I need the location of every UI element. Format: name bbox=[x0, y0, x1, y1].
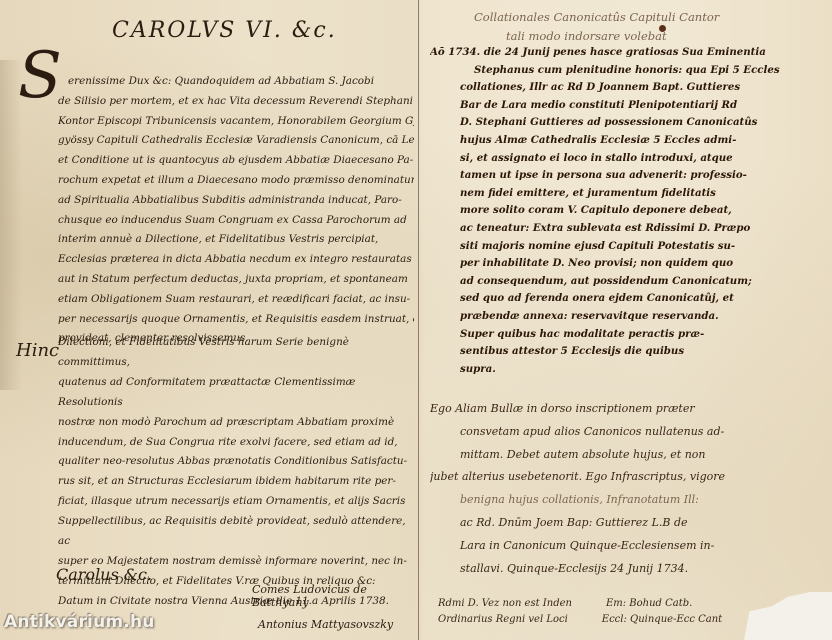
text-line: more solito coram V. Capitulo deponere d… bbox=[430, 202, 830, 220]
text-line: per inhabilitate D. Neo provisi; non qui… bbox=[430, 255, 830, 273]
text-line: interim annuè a Dilectione, et Fidelitat… bbox=[58, 230, 414, 250]
text-line: D. Stephani Guttieres ad possessionem Ca… bbox=[430, 114, 830, 132]
text-line: per necessarijs quoque Ornamentis, et Re… bbox=[58, 310, 414, 330]
text-line: Em: Bohud Catb. bbox=[606, 596, 692, 612]
text-line: ad Spiritualia Abbatialibus Subditis adm… bbox=[58, 191, 414, 211]
text-line: Aō 1734. die 24 Junij penes hasce gratio… bbox=[430, 44, 830, 62]
installation-addendum: Ego Aliam Bullæ in dorso inscriptionem p… bbox=[430, 398, 830, 580]
text-line: rus sit, et an Structuras Ecclesiarum ib… bbox=[58, 472, 414, 492]
text-line: jubet alterius usebetenorit. Ego Infrasc… bbox=[430, 466, 830, 489]
royal-signature: Carolus &c. bbox=[56, 565, 152, 584]
paragraph-initial-hinc: Hinc bbox=[16, 340, 59, 361]
chancellor-signature: Comes Ludovicus de Batthyany bbox=[252, 583, 418, 609]
text-line: Kontor Episcopi Tribunicensis vacantem, … bbox=[58, 112, 414, 132]
text-line: Lara in Canonicum Quinque-Ecclesiensem i… bbox=[430, 535, 830, 558]
text-line: gyössy Capituli Cathedralis Ecclesiæ Var… bbox=[58, 131, 414, 151]
text-line: benigna hujus collationis, Infranotatum … bbox=[430, 489, 830, 512]
text-line: Ordinarius Regni vel Loci bbox=[438, 612, 568, 628]
text-line: hujus Almæ Cathedralis Ecclesiæ 5 Eccles… bbox=[430, 132, 830, 150]
secretary-signature: Antonius Mattyasovszky bbox=[258, 618, 393, 631]
installation-record: Aō 1734. die 24 Junij penes hasce gratio… bbox=[430, 44, 830, 378]
text-line: erenissime Dux &c: Quandoquidem ad Abbat… bbox=[58, 72, 414, 92]
ink-blot bbox=[659, 25, 666, 32]
text-line: et Conditione ut is quantocyus ab ejusde… bbox=[58, 151, 414, 171]
text-line: ad consequendum, aut possidendum Canonic… bbox=[430, 273, 830, 291]
text-line: rochum expetat et illum a Diaecesano mod… bbox=[58, 171, 414, 191]
text-line: Stephanus cum plenitudine honoris: qua E… bbox=[430, 62, 830, 80]
text-line: collationes, Illr ac Rd D Joannem Bapt. … bbox=[430, 79, 830, 97]
text-line: etiam Obligationem Suam restaurari, et r… bbox=[58, 290, 414, 310]
text-line: Eccl: Quinque-Ecc Cant bbox=[602, 612, 722, 628]
text-line: nem fidei emittere, et juramentum fideli… bbox=[430, 185, 830, 203]
text-line: aut in Statum perfectum deductas, juxta … bbox=[58, 270, 414, 290]
text-line: Ecclesias præterea in dicta Abbatia necd… bbox=[58, 250, 414, 270]
decorative-initial: S bbox=[18, 44, 62, 108]
decree-heading: CAROLVS VI. &c. bbox=[112, 18, 337, 43]
text-line: Dilectioni, et Fidelitatibus Vestris har… bbox=[58, 333, 414, 373]
text-line: præbendæ annexa: reservavitque reservand… bbox=[430, 308, 830, 326]
text-line: Collationales Canonicatûs Capituli Canto… bbox=[474, 8, 719, 27]
text-line: tamen ut ipse in persona sua advenerit: … bbox=[430, 167, 830, 185]
manuscript-photo: CAROLVS VI. &c. S erenissime Dux &c: Qua… bbox=[0, 0, 832, 640]
text-line: de Silisio per mortem, et ex hac Vita de… bbox=[58, 92, 414, 112]
text-line: Suppellectilibus, ac Requisitis debitè p… bbox=[58, 512, 414, 552]
text-line: Bar de Lara medio constituti Plenipotent… bbox=[430, 97, 830, 115]
text-line: ac teneatur: Extra sublevata est Rdissim… bbox=[430, 220, 830, 238]
text-line: ficiat, illasque utrum necessarijs etiam… bbox=[58, 492, 414, 512]
text-line: stallavi. Quinque-Ecclesijs 24 Junij 173… bbox=[430, 558, 830, 581]
right-page-endorsement: Collationales Canonicatûs Capituli Canto… bbox=[420, 0, 832, 640]
watermark-logo: Antikvárium.hu bbox=[4, 612, 155, 632]
text-line: nostræ non modò Parochum ad præscriptam … bbox=[58, 413, 414, 433]
text-line: sentibus attestor 5 Ecclesijs die quibus bbox=[430, 343, 830, 361]
decree-paragraph-1: erenissime Dux &c: Quandoquidem ad Abbat… bbox=[58, 72, 414, 349]
text-line: qualiter neo-resolutus Abbas prænotatis … bbox=[58, 452, 414, 472]
left-page-decree: CAROLVS VI. &c. S erenissime Dux &c: Qua… bbox=[0, 0, 419, 640]
text-line: inducendum, de Sua Congrua rite exolvi f… bbox=[58, 433, 414, 453]
text-line: supra. bbox=[430, 361, 830, 379]
text-line: quatenus ad Conformitatem præattactæ Cle… bbox=[58, 373, 414, 413]
text-line: sed quo ad ferenda onera ejdem Canonicat… bbox=[430, 290, 830, 308]
text-line: consvetam apud alios Canonicos nullatenu… bbox=[430, 421, 830, 444]
text-line: siti majoris nomine ejusd Capituli Potes… bbox=[430, 238, 830, 256]
text-line: si, et assignato ei loco in stallo intro… bbox=[430, 150, 830, 168]
text-line: ac Rd. Dnūm Joem Bap: Guttierez L.B de bbox=[430, 512, 830, 535]
text-line: chusque eo inducendus Suam Congruam ex C… bbox=[58, 211, 414, 231]
endorsement-header-note: Collationales Canonicatûs Capituli Canto… bbox=[474, 8, 719, 46]
text-line: mittam. Debet autem absolute hujus, et n… bbox=[430, 444, 830, 467]
text-line: Super quibus hac modalitate peractis præ… bbox=[430, 326, 830, 344]
text-line: Ego Aliam Bullæ in dorso inscriptionem p… bbox=[430, 398, 830, 421]
text-line: Rdmi D. Vez non est Inden bbox=[438, 596, 572, 612]
